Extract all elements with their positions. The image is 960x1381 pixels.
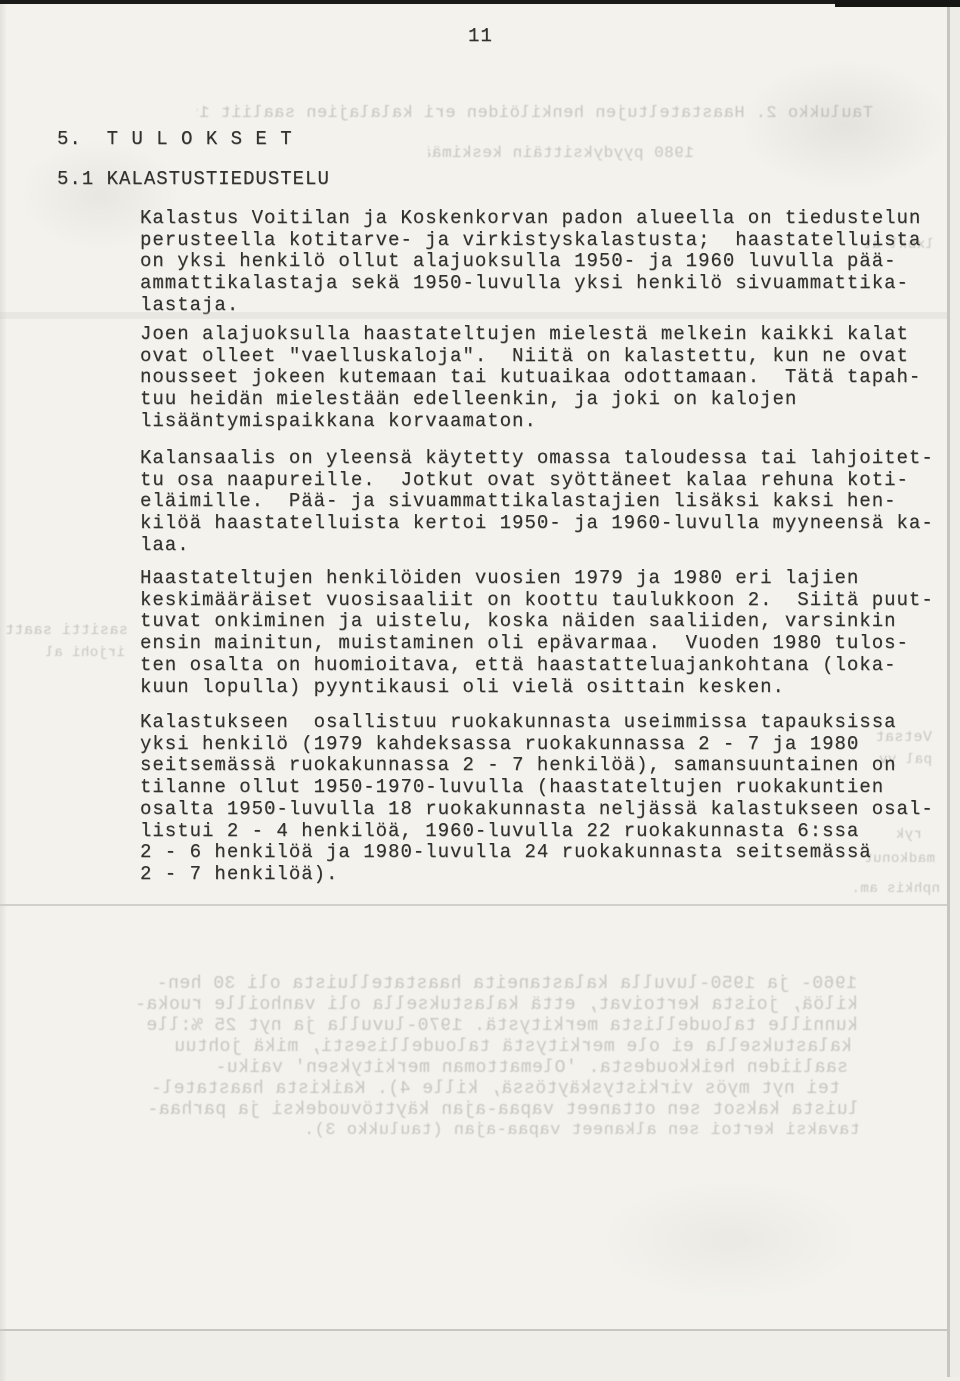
paragraph: Kalastus Voitilan ja Koskenkorvan padon … — [140, 208, 950, 317]
bleedthrough-text: kalastuksella ei ole merkitystä taloudel… — [32, 1037, 852, 1058]
section-heading: 5. T U L O K S E T — [57, 129, 293, 151]
bleedthrough-text: irjohi al — [30, 645, 125, 661]
paragraph: Kalansaalis on yleensä käytetty omassa t… — [140, 448, 950, 557]
scanned-document-page: Taulukko 2. Haastateltujen henkilöiden e… — [0, 0, 960, 1381]
bleedthrough-text: tavaksi kertoi sen alkaneet vapaa-ajan (… — [140, 1121, 860, 1141]
page-number: 11 — [468, 26, 493, 48]
scan-streak — [0, 312, 948, 319]
bleedthrough-text: 1960- ja 1950-luvulla kalastaneita haast… — [67, 974, 857, 995]
bleedthrough-text: Taulukko 2. Haastateltujen henkilöiden e… — [197, 104, 873, 124]
page-bottom-margin — [0, 1331, 960, 1381]
paragraph: Kalastukseen osallistuu ruokakunnasta us… — [140, 712, 950, 886]
paper-blotch — [600, 1180, 860, 1300]
paper-blotch — [740, 60, 950, 190]
bleedthrough-text: 1980 pyydyksittäin keskimäärin kg vuodes… — [428, 144, 694, 162]
right-margin-shade — [950, 3, 960, 1377]
paragraph: Joen alajuoksulla haastateltujen mielest… — [140, 324, 950, 433]
bleedthrough-text: sasitti saattas — [6, 622, 128, 639]
bleedthrough-text: luista kaksot sen ottaneet vapaa-ajan kä… — [17, 1100, 859, 1121]
scan-artifact-line — [0, 904, 948, 906]
bleedthrough-text: kunnille taloudellista merkitystä. 1970-… — [18, 1016, 858, 1037]
scan-top-edge — [0, 0, 960, 4]
bleedthrough-text: kilöä, joista kertoivat, että kalastukse… — [50, 995, 858, 1016]
subsection-heading: 5.1 KALASTUSTIEDUSTELU — [57, 169, 330, 191]
left-edge-shade — [0, 0, 7, 1381]
paragraph: Haastateltujen henkilöiden vuosien 1979 … — [140, 568, 950, 698]
page-right-edge-line — [947, 3, 950, 1377]
bleedthrough-text: saaliiden heikkoudesta. 'Olemattoman mer… — [48, 1058, 848, 1079]
scan-top-edge — [835, 0, 960, 7]
bleedthrough-text: tei nyt myös virkistyskäytössä, kille 4)… — [48, 1079, 840, 1100]
